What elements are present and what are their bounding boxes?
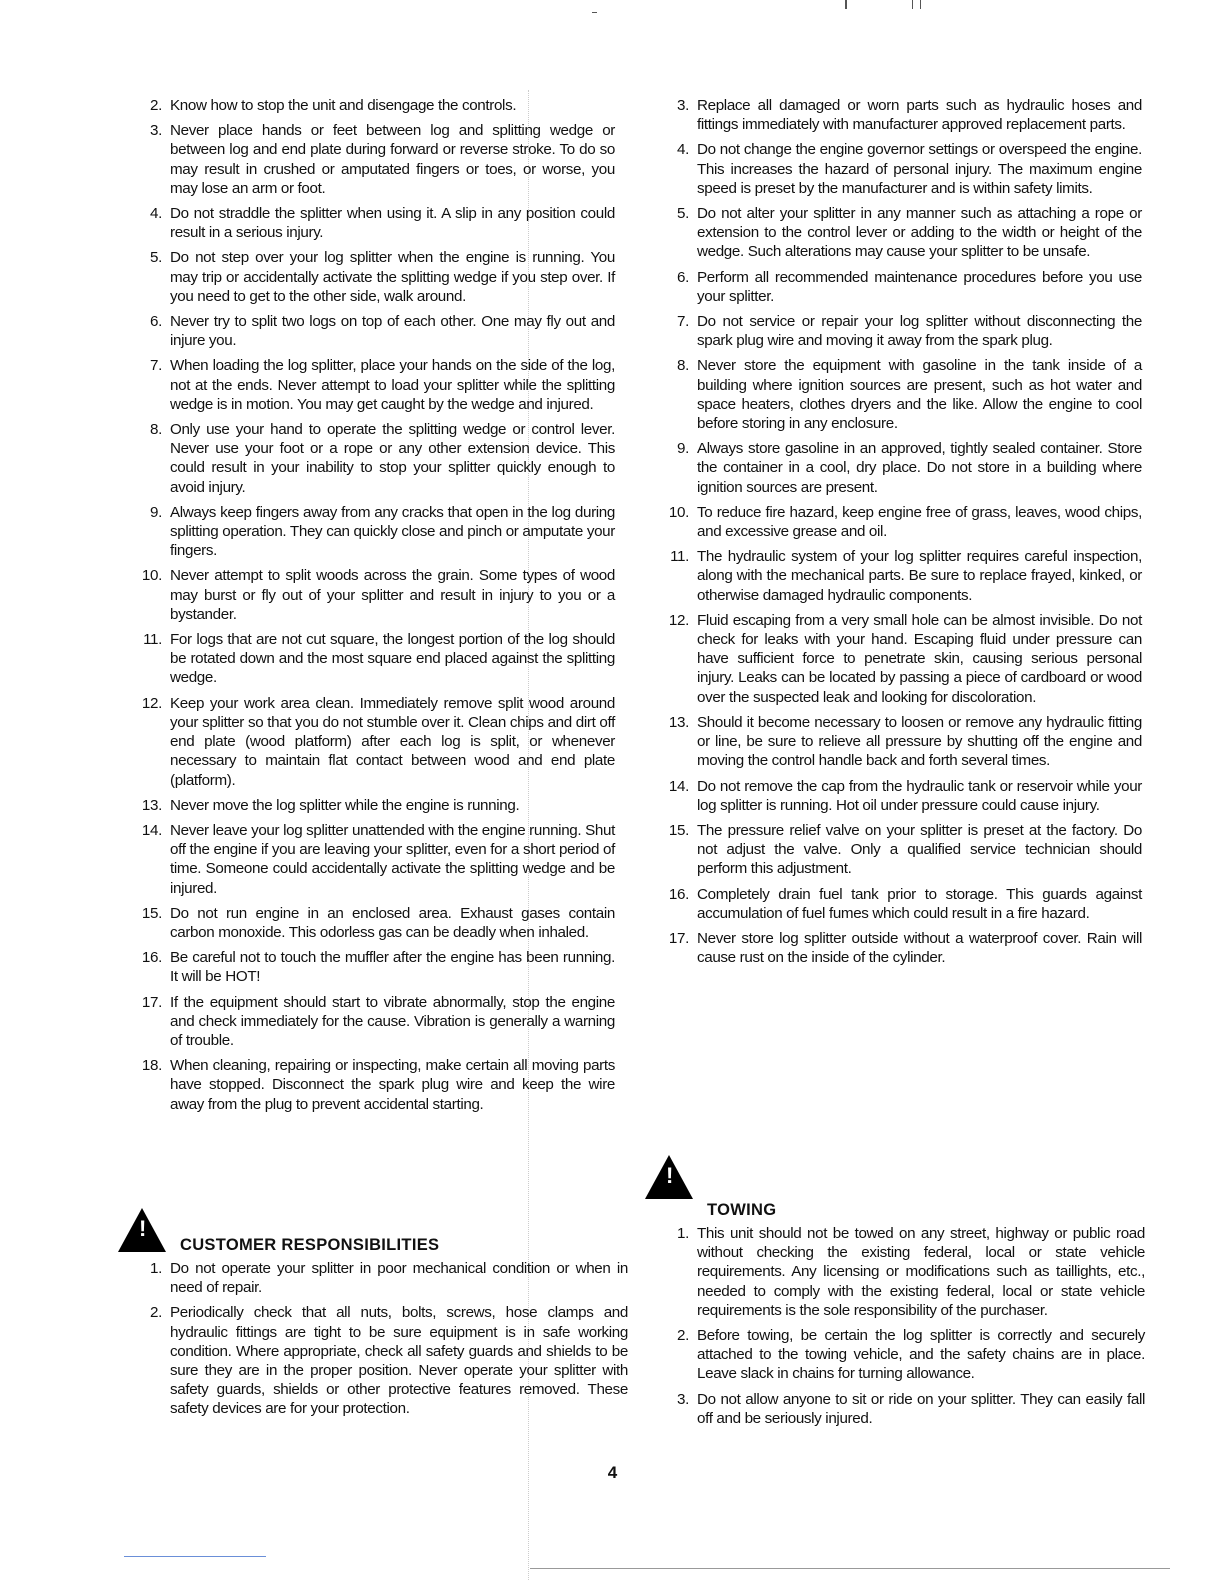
item-text: Periodically check that all nuts, bolts,…: [170, 1304, 628, 1417]
list-item: 14.Never leave your log splitter unatten…: [140, 821, 615, 898]
item-text: Do not run engine in an enclosed area. E…: [170, 905, 615, 941]
item-number: 17.: [140, 993, 162, 1012]
item-number: 4.: [667, 140, 689, 159]
item-number: 5.: [140, 248, 162, 267]
item-text: Know how to stop the unit and disengage …: [170, 97, 516, 114]
list-item: 13.Never move the log splitter while the…: [140, 796, 615, 815]
item-number: 16.: [140, 948, 162, 967]
list-item: 9.Always keep fingers away from any crac…: [140, 503, 615, 561]
item-text: Do not straddle the splitter when using …: [170, 205, 615, 241]
scan-edge-line: [124, 1556, 266, 1557]
item-text: Never place hands or feet between log an…: [170, 122, 615, 197]
item-number: 7.: [140, 356, 162, 375]
safety-list-maintenance: 3.Replace all damaged or worn parts such…: [667, 96, 1142, 967]
list-item: 1.This unit should not be towed on any s…: [667, 1224, 1145, 1320]
item-number: 11.: [140, 630, 162, 649]
item-number: 15.: [667, 821, 689, 840]
safety-list-operation: 2.Know how to stop the unit and disengag…: [140, 96, 615, 1114]
scan-tick-mark: [920, 0, 921, 9]
item-text: Do not operate your splitter in poor mec…: [170, 1260, 628, 1296]
item-text: Only use your hand to operate the splitt…: [170, 421, 615, 496]
list-item: 15.Do not run engine in an enclosed area…: [140, 904, 615, 942]
item-text: Do not remove the cap from the hydraulic…: [697, 778, 1142, 814]
item-number: 15.: [140, 904, 162, 923]
item-text: Be careful not to touch the muffler afte…: [170, 949, 615, 985]
item-number: 6.: [140, 312, 162, 331]
list-item: 2.Before towing, be certain the log spli…: [667, 1326, 1145, 1384]
item-text: Do not alter your splitter in any manner…: [697, 205, 1142, 260]
item-number: 2.: [667, 1326, 689, 1345]
list-item: 9.Always store gasoline in an approved, …: [667, 439, 1142, 497]
customer-responsibilities-section: ! CUSTOMER RESPONSIBILITIES 1.Do not ope…: [118, 1236, 628, 1425]
item-text: Never store log splitter outside without…: [697, 930, 1142, 966]
list-item: 4.Do not change the engine governor sett…: [667, 140, 1142, 198]
left-column: 2.Know how to stop the unit and disengag…: [140, 96, 615, 1120]
list-item: 6.Never try to split two logs on top of …: [140, 312, 615, 350]
list-item: 2.Periodically check that all nuts, bolt…: [140, 1303, 628, 1418]
item-text: Do not allow anyone to sit or ride on yo…: [697, 1391, 1145, 1427]
item-number: 14.: [140, 821, 162, 840]
item-number: 10.: [140, 566, 162, 585]
towing-list: 1.This unit should not be towed on any s…: [667, 1224, 1145, 1428]
item-number: 1.: [140, 1259, 162, 1278]
customer-responsibilities-list: 1.Do not operate your splitter in poor m…: [140, 1259, 628, 1419]
item-number: 16.: [667, 885, 689, 904]
list-item: 11.The hydraulic system of your log spli…: [667, 547, 1142, 605]
item-number: 4.: [140, 204, 162, 223]
item-number: 5.: [667, 204, 689, 223]
item-text: Replace all damaged or worn parts such a…: [697, 97, 1142, 133]
item-number: 8.: [667, 356, 689, 375]
warning-triangle-icon: !: [645, 1155, 693, 1199]
right-column: 3.Replace all damaged or worn parts such…: [667, 96, 1142, 973]
item-text: Do not step over your log splitter when …: [170, 249, 615, 304]
list-item: 10.To reduce fire hazard, keep engine fr…: [667, 503, 1142, 541]
list-item: 15.The pressure relief valve on your spl…: [667, 821, 1142, 879]
towing-section: ! TOWING 1.This unit should not be towed…: [645, 1201, 1145, 1434]
list-item: 8.Only use your hand to operate the spli…: [140, 420, 615, 497]
item-text: Before towing, be certain the log splitt…: [697, 1327, 1145, 1382]
list-item: 3.Do not allow anyone to sit or ride on …: [667, 1390, 1145, 1428]
item-text: When loading the log splitter, place you…: [170, 357, 615, 412]
item-number: 12.: [667, 611, 689, 630]
list-item: 2.Know how to stop the unit and disengag…: [140, 96, 615, 115]
list-item: 16.Be careful not to touch the muffler a…: [140, 948, 615, 986]
list-item: 1.Do not operate your splitter in poor m…: [140, 1259, 628, 1297]
item-text: The hydraulic system of your log splitte…: [697, 548, 1142, 603]
item-number: 10.: [667, 503, 689, 522]
item-number: 1.: [667, 1224, 689, 1243]
list-item: 3.Never place hands or feet between log …: [140, 121, 615, 198]
warning-triangle-icon: !: [118, 1208, 166, 1252]
item-text: Never move the log splitter while the en…: [170, 797, 519, 814]
item-text: Completely drain fuel tank prior to stor…: [697, 886, 1142, 922]
item-text: Do not service or repair your log splitt…: [697, 313, 1142, 349]
list-item: 7.Do not service or repair your log spli…: [667, 312, 1142, 350]
item-text: If the equipment should start to vibrate…: [170, 994, 615, 1049]
section-heading: TOWING: [707, 1201, 1145, 1220]
scan-tick-mark: [912, 0, 913, 9]
item-text: Always store gasoline in an approved, ti…: [697, 440, 1142, 495]
item-number: 13.: [667, 713, 689, 732]
item-number: 7.: [667, 312, 689, 331]
list-item: 12.Fluid escaping from a very small hole…: [667, 611, 1142, 707]
item-number: 3.: [667, 96, 689, 115]
list-item: 7.When loading the log splitter, place y…: [140, 356, 615, 414]
item-number: 6.: [667, 268, 689, 287]
item-number: 2.: [140, 96, 162, 115]
item-number: 3.: [667, 1390, 689, 1409]
item-text: The pressure relief valve on your splitt…: [697, 822, 1142, 877]
list-item: 12.Keep your work area clean. Immediatel…: [140, 694, 615, 790]
list-item: 14.Do not remove the cap from the hydrau…: [667, 777, 1142, 815]
list-item: 18.When cleaning, repairing or inspectin…: [140, 1056, 615, 1114]
item-number: 2.: [140, 1303, 162, 1322]
list-item: 5.Do not step over your log splitter whe…: [140, 248, 615, 306]
item-number: 12.: [140, 694, 162, 713]
item-text: For logs that are not cut square, the lo…: [170, 631, 615, 686]
item-text: Perform all recommended maintenance proc…: [697, 269, 1142, 305]
item-text: Never try to split two logs on top of ea…: [170, 313, 615, 349]
item-text: Never leave your log splitter unattended…: [170, 822, 615, 897]
item-number: 9.: [667, 439, 689, 458]
list-item: 4.Do not straddle the splitter when usin…: [140, 204, 615, 242]
item-text: Always keep fingers away from any cracks…: [170, 504, 615, 559]
list-item: 10.Never attempt to split woods across t…: [140, 566, 615, 624]
item-number: 14.: [667, 777, 689, 796]
list-item: 8.Never store the equipment with gasolin…: [667, 356, 1142, 433]
item-text: Never attempt to split woods across the …: [170, 567, 615, 622]
list-item: 17.If the equipment should start to vibr…: [140, 993, 615, 1051]
scan-edge-line: [530, 1568, 1170, 1569]
list-item: 16.Completely drain fuel tank prior to s…: [667, 885, 1142, 923]
page-number: 4: [0, 1463, 1225, 1483]
item-number: 9.: [140, 503, 162, 522]
list-item: 3.Replace all damaged or worn parts such…: [667, 96, 1142, 134]
item-number: 8.: [140, 420, 162, 439]
scan-tick-mark: [592, 12, 597, 13]
item-number: 3.: [140, 121, 162, 140]
item-text: Should it become necessary to loosen or …: [697, 714, 1142, 769]
section-heading: CUSTOMER RESPONSIBILITIES: [180, 1236, 628, 1255]
item-number: 18.: [140, 1056, 162, 1075]
list-item: 11.For logs that are not cut square, the…: [140, 630, 615, 688]
item-text: To reduce fire hazard, keep engine free …: [697, 504, 1142, 540]
list-item: 13.Should it become necessary to loosen …: [667, 713, 1142, 771]
item-text: This unit should not be towed on any str…: [697, 1225, 1145, 1319]
scan-tick-mark: [845, 0, 847, 9]
list-item: 6.Perform all recommended maintenance pr…: [667, 268, 1142, 306]
item-number: 13.: [140, 796, 162, 815]
item-text: Never store the equipment with gasoline …: [697, 357, 1142, 432]
item-text: Keep your work area clean. Immediately r…: [170, 695, 615, 789]
list-item: 5.Do not alter your splitter in any mann…: [667, 204, 1142, 262]
item-text: Do not change the engine governor settin…: [697, 141, 1142, 196]
item-number: 17.: [667, 929, 689, 948]
list-item: 17.Never store log splitter outside with…: [667, 929, 1142, 967]
item-text: Fluid escaping from a very small hole ca…: [697, 612, 1142, 706]
item-number: 11.: [667, 547, 689, 566]
item-text: When cleaning, repairing or inspecting, …: [170, 1057, 615, 1112]
